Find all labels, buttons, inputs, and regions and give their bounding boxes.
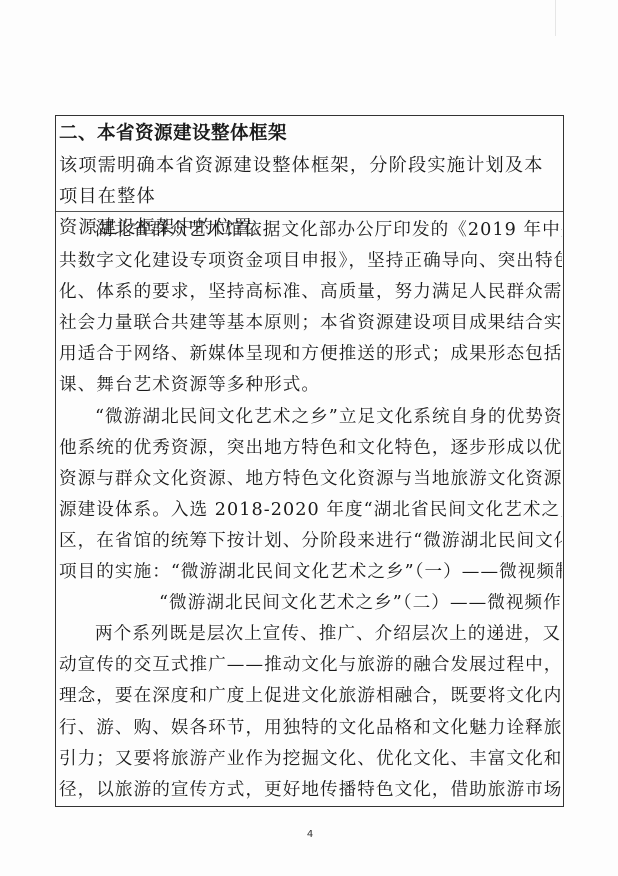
- body-line: 化、体系的要求，坚持高标准、高质量，努力满足人民群众需求，并引入: [59, 277, 562, 308]
- body-line: 项目的实施：“微游湖北民间文化艺术之乡”（一）——微视频制作: [59, 557, 562, 588]
- section-frame: 二、本省资源建设整体框架 该项需明确本省资源建设整体框架，分阶段实施计划及本项目…: [55, 115, 564, 807]
- body-line: 课、舞台艺术资源等多种形式。: [59, 370, 562, 401]
- page-number: 4: [300, 829, 320, 840]
- body-line: 区，在省馆的统筹下按计划、分阶段来进行“微游湖北民间文化艺术之乡”: [59, 526, 562, 557]
- body-line: 他系统的优秀资源，突出地方特色和文化特色，逐步形成以优秀传统文化: [59, 433, 562, 464]
- body-line: 用适合于网络、新媒体呈现和方便推送的形式；成果形态包括微视频、幕: [59, 339, 562, 370]
- body-line: 径，以旅游的宣传方式，更好地传播特色文化，借助旅游市场提升文化软实力。: [59, 775, 562, 806]
- body-line: “微游湖北民间文化艺术之乡”立足文化系统自身的优势资源，整合其: [59, 402, 562, 433]
- scan-artifact: [555, 0, 556, 36]
- body-line: “微游湖北民间文化艺术之乡”（二）——微视频作品征集: [59, 588, 562, 619]
- body-line: 理念，要在深度和广度上促进文化旅游相融合，既要将文化内涵贯彻到吃、住、: [59, 681, 562, 712]
- section-body: 湖北省群众艺术馆依据文化部办公厅印发的《2019 年中央补助地方公 共数字文化建…: [56, 212, 563, 806]
- body-line: 引力；又要将旅游产业作为挖掘文化、优化文化、丰富文化和保护文化的重要途: [59, 744, 562, 775]
- document-page: 二、本省资源建设整体框架 该项需明确本省资源建设整体框架，分阶段实施计划及本项目…: [0, 0, 618, 876]
- body-line: 两个系列既是层次上宣传、推广、介绍层次上的递进，又是单向传播配合互: [59, 619, 562, 650]
- body-line: 湖北省群众艺术馆依据文化部办公厅印发的《2019 年中央补助地方公: [59, 215, 562, 246]
- section-description-line: 该项需明确本省资源建设整体框架，分阶段实施计划及本项目在整体: [59, 150, 561, 212]
- body-line: 动宣传的交互式推广——推动文化与旅游的融合发展过程中，要树立互促共赢的: [59, 650, 562, 681]
- body-line: 社会力量联合共建等基本原则；本省资源建设项目成果结合实际应用，采: [59, 308, 562, 339]
- section-header: 二、本省资源建设整体框架 该项需明确本省资源建设整体框架，分阶段实施计划及本项目…: [56, 116, 563, 212]
- body-line: 行、游、购、娱各环节，用独特的文化品格和文化魅力诠释旅游，使旅游更具吸: [59, 713, 562, 744]
- body-line: 共数字文化建设专项资金项目申报》，坚持正确导向、突出特色，符合系统: [59, 246, 562, 277]
- body-line: 源建设体系。入选 2018-2020 年度“湖北省民间文化艺术之乡”的 41 个…: [59, 495, 562, 526]
- body-line: 资源与群众文化资源、地方特色文化资源与当地旅游文化资源为主体的资: [59, 464, 562, 495]
- section-title: 二、本省资源建设整体框架: [59, 120, 561, 148]
